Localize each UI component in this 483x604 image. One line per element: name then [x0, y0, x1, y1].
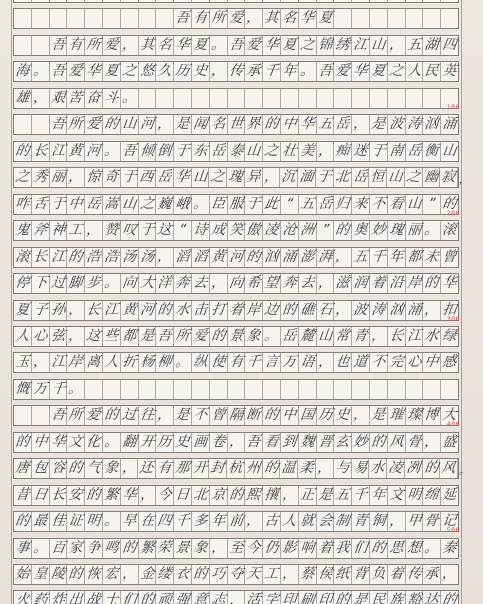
handwritten-char: 前 — [226, 512, 245, 531]
handwritten-char: 南 — [387, 142, 406, 161]
grid-cell — [423, 380, 441, 399]
handwritten-char: 都 — [404, 248, 423, 267]
grid-cell: 斧 — [32, 221, 50, 240]
grid-cell: 人 — [406, 62, 424, 81]
handwritten-char: 水 — [173, 300, 192, 319]
handwritten-char: 倒 — [156, 142, 175, 162]
grid-cell: 到 — [281, 433, 299, 452]
word-count-marker: 300 — [447, 315, 460, 323]
grid-cell: 涛 — [406, 115, 424, 134]
grid-cell: 盛 — [441, 433, 458, 452]
handwritten-char: 青 — [351, 512, 370, 531]
handwritten-char: 之 — [138, 194, 157, 214]
handwritten-char: 山 — [369, 36, 388, 55]
grid-cell: 言 — [263, 353, 281, 372]
grid-cell: 澎 — [299, 248, 317, 267]
grid-cell: 悠 — [139, 62, 157, 81]
handwritten-char: 千 — [244, 353, 263, 372]
grid-cell: 长 — [85, 301, 103, 320]
handwritten-char: 思 — [387, 538, 406, 557]
handwritten-char: 百 — [48, 538, 67, 557]
grid-cell: 奔 — [174, 274, 192, 293]
handwritten-char: 华 — [84, 62, 104, 82]
handwritten-char: 之 — [386, 62, 405, 81]
handwritten-char: 服 — [227, 194, 246, 214]
grid-cell: 万 — [281, 353, 299, 372]
handwritten-char: 所 — [84, 36, 104, 56]
essay-row: 停下过脚步。向大洋奔去，向希望奔去，滋润着沿岸的华 — [13, 273, 459, 294]
grid-cell: 都 — [406, 248, 424, 267]
grid-cell: 洋 — [156, 274, 174, 293]
grid-cell: 使 — [210, 353, 228, 372]
handwritten-char: 杭 — [226, 459, 244, 479]
grid-cell: 山 — [441, 142, 458, 161]
handwritten-char: 吾 — [227, 36, 246, 56]
handwritten-char: 包 — [30, 459, 49, 478]
grid-cell: 山 — [406, 195, 424, 214]
grid-cell: 折 — [121, 353, 139, 372]
handwritten-char: 中 — [279, 115, 299, 135]
grid-cell: 化 — [85, 433, 103, 452]
grid-cell: 。 — [67, 380, 85, 399]
handwritten-char: ， — [120, 565, 139, 584]
grid-cell: ， — [245, 9, 263, 28]
handwritten-char: 刷 — [297, 591, 316, 604]
handwritten-char: 山 — [244, 142, 263, 162]
grid-cell — [388, 89, 406, 108]
grid-cell — [388, 9, 406, 28]
handwritten-char: ， — [386, 36, 405, 55]
grid-cell: 始 — [14, 565, 32, 584]
grid-cell: 的 — [67, 248, 85, 267]
handwritten-char: 夺 — [226, 565, 246, 585]
grid-cell: 我 — [334, 539, 352, 558]
handwritten-char: 也 — [333, 353, 352, 372]
handwritten-char: 看 — [262, 433, 281, 452]
grid-cell: 至 — [228, 539, 246, 558]
grid-cell: 是 — [370, 406, 388, 425]
handwritten-char: 的 — [191, 565, 210, 585]
grid-cell: 艰 — [50, 89, 68, 108]
grid-cell: 民 — [370, 591, 388, 604]
grid-cell: 有 — [67, 36, 85, 55]
handwritten-char: 五 — [333, 485, 352, 504]
title-row: 吾有所爱，其名华夏 — [13, 8, 459, 29]
grid-cell: “ — [174, 221, 192, 240]
grid-cell: 安 — [67, 486, 85, 505]
handwritten-char: 涌 — [440, 115, 459, 134]
grid-cell: 河 — [85, 142, 103, 161]
grid-cell: 想 — [406, 539, 424, 558]
handwritten-char: 州 — [244, 459, 263, 478]
grid-cell: 赞 — [103, 221, 121, 240]
grid-cell: 之 — [263, 142, 281, 161]
handwritten-char: 于 — [368, 142, 388, 162]
handwritten-char: 语 — [297, 353, 317, 373]
handwritten-char: 民 — [369, 591, 388, 604]
grid-cell: 幽 — [423, 168, 441, 187]
grid-cell: 百 — [50, 539, 68, 558]
handwritten-char: 舌 — [30, 195, 49, 214]
grid-cell — [245, 380, 263, 399]
grid-cell: 夏 — [370, 62, 388, 81]
grid-cell — [228, 380, 246, 399]
grid-cell: 岳 — [156, 168, 174, 187]
grid-cell: 闻 — [192, 115, 210, 134]
handwritten-char: 汹 — [262, 247, 281, 266]
grid-cell: ， — [228, 591, 246, 604]
grid-cell — [352, 380, 370, 399]
grid-cell: 汹 — [423, 115, 441, 134]
handwritten-char: 年 — [209, 512, 228, 532]
grid-cell — [334, 380, 352, 399]
handwritten-char: 奇 — [102, 168, 120, 188]
handwritten-char: 事 — [13, 538, 33, 558]
essay-row: 的中华文化。翻开历史画卷，吾看到魏晋玄妙的风骨，盛 — [13, 432, 459, 453]
handwritten-char: 们 — [351, 539, 370, 558]
handwritten-char: ， — [333, 300, 352, 319]
handwritten-char: 山 — [386, 168, 405, 187]
grid-cell: ， — [67, 327, 85, 346]
handwritten-char: 强 — [173, 591, 193, 604]
handwritten-char: 大 — [137, 274, 156, 293]
grid-cell: 。 — [423, 221, 441, 240]
grid-cell: 。 — [103, 433, 121, 452]
grid-cell: 。 — [210, 36, 228, 55]
grid-cell — [299, 380, 317, 399]
grid-cell: 奋 — [85, 89, 103, 108]
grid-cell: 的 — [156, 301, 174, 320]
grid-cell: 活 — [245, 591, 263, 604]
handwritten-char: 家 — [67, 538, 86, 558]
grid-cell — [317, 89, 335, 108]
grid-cell: 的 — [210, 327, 228, 346]
grid-cell: 奇 — [103, 168, 121, 187]
grid-cell: 石 — [317, 301, 335, 320]
handwritten-char: 。 — [30, 62, 49, 81]
handwritten-char: ， — [138, 485, 157, 504]
grid-cell: 些 — [103, 327, 121, 346]
handwritten-char: 卷 — [209, 433, 228, 452]
handwritten-char: 青 — [351, 327, 371, 347]
handwritten-char: 还 — [137, 459, 155, 479]
grid-cell — [156, 89, 174, 108]
handwritten-char: 汤 — [120, 247, 139, 267]
essay-row: 的长江黄河。吾倾倒于东岳泰山之壮美，痴迷于南岳衡山 — [13, 141, 459, 162]
grid-cell — [334, 89, 352, 108]
handwritten-char: 凌 — [262, 221, 281, 241]
grid-cell: 五 — [299, 195, 317, 214]
handwritten-char: 山 — [191, 168, 209, 188]
grid-cell: “ — [281, 195, 299, 214]
grid-cell: 中 — [67, 195, 85, 214]
handwritten-char: 志 — [208, 591, 227, 604]
handwritten-char: 不 — [369, 353, 388, 372]
grid-cell: 岳 — [210, 142, 228, 161]
left-margin-line — [11, 0, 12, 604]
handwritten-char: 宏 — [102, 565, 121, 585]
grid-cell: 秦 — [441, 539, 458, 558]
handwritten-char: 吾 — [49, 62, 68, 82]
grid-cell: ， — [245, 512, 263, 531]
handwritten-char: ” — [316, 221, 335, 240]
handwritten-char: 影 — [279, 538, 299, 558]
handwritten-char: 骨 — [404, 432, 424, 452]
handwritten-char: 延 — [440, 485, 459, 505]
grid-cell: 华 — [299, 115, 317, 134]
grid-cell: ， — [423, 433, 441, 452]
grid-cell: 岸 — [406, 274, 424, 293]
grid-cell: 爱 — [103, 36, 121, 55]
handwritten-char: 所 — [67, 115, 86, 135]
handwritten-char: 字 — [262, 591, 282, 604]
essay-row: 夏子孙，长江黄河的水击打着岸边的礁石，波涛汹涌，扣 — [13, 300, 459, 321]
handwritten-char: 神 — [49, 221, 68, 240]
handwritten-char: 的 — [227, 485, 246, 504]
handwritten-char: 过 — [48, 274, 67, 293]
grid-cell: 岳 — [352, 168, 370, 187]
handwritten-char: 雄 — [13, 89, 32, 108]
handwritten-char: 繁 — [102, 486, 121, 505]
grid-cell: 归 — [334, 195, 352, 214]
handwritten-char: 。 — [102, 512, 121, 531]
handwritten-char: 滋 — [333, 274, 352, 294]
handwritten-char: 五 — [351, 247, 370, 266]
handwritten-char: 华 — [298, 9, 317, 29]
grid-cell: 苦 — [67, 89, 85, 108]
grid-cell: 千 — [174, 512, 192, 531]
grid-cell: 过 — [50, 274, 68, 293]
handwritten-char: 岳 — [280, 327, 299, 346]
grid-cell: 景 — [174, 539, 192, 558]
handwritten-char: 夏 — [102, 62, 121, 81]
grid-cell: 吾 — [50, 62, 68, 81]
handwritten-char: 英 — [440, 62, 460, 82]
handwritten-char: 迷 — [351, 142, 370, 161]
grid-cell: 不 — [370, 195, 388, 214]
handwritten-char: 族 — [386, 591, 405, 604]
grid-cell — [14, 9, 32, 28]
grid-cell: 的 — [441, 591, 458, 604]
grid-cell: 长 — [32, 248, 50, 267]
grid-cell: 打 — [210, 301, 228, 320]
grid-cell: 夏 — [103, 62, 121, 81]
handwritten-char: 东 — [191, 142, 211, 162]
grid-cell — [14, 115, 32, 134]
grid-cell: 们 — [352, 539, 370, 558]
handwritten-char: 爱 — [226, 9, 245, 28]
grid-cell: 岳 — [281, 327, 299, 346]
handwritten-char: 翻 — [120, 433, 139, 452]
grid-cell: 于 — [245, 195, 263, 214]
grid-cell: 黄 — [67, 142, 85, 161]
grid-cell: 完 — [388, 353, 406, 372]
handwritten-char: 工 — [262, 565, 281, 584]
grid-cell: 影 — [281, 539, 299, 558]
grid-cell — [174, 0, 192, 2]
grid-cell — [406, 9, 424, 28]
handwritten-char: 脚 — [67, 274, 86, 294]
handwritten-char: 纸 — [333, 565, 352, 584]
handwritten-char: 久 — [155, 62, 174, 81]
handwritten-char: 爱 — [244, 36, 263, 55]
grid-cell: 击 — [192, 301, 210, 320]
grid-cell: 明 — [85, 512, 103, 531]
handwritten-char: 人 — [102, 353, 121, 372]
handwritten-char: 玄 — [333, 433, 352, 452]
grid-cell: 恒 — [369, 168, 387, 187]
grid-cell — [174, 89, 192, 108]
grid-cell: 沧 — [281, 221, 299, 240]
handwritten-char: 有 — [191, 9, 210, 28]
grid-cell: 繁 — [103, 486, 121, 505]
handwritten-char: 争 — [84, 539, 103, 558]
grid-cell: 工 — [263, 565, 281, 584]
handwritten-char: 出 — [66, 591, 85, 604]
handwritten-char: 傲 — [244, 221, 263, 240]
handwritten-char: 炸 — [49, 591, 68, 604]
handwritten-char: 印 — [316, 591, 335, 604]
handwritten-char: 夏 — [369, 62, 388, 81]
grid-cell: 吾 — [156, 327, 174, 346]
grid-cell: 气 — [85, 459, 103, 478]
grid-cell: 北 — [192, 486, 210, 505]
grid-cell: 华 — [50, 433, 68, 452]
handwritten-char: ， — [30, 89, 50, 109]
grid-cell: 奔 — [281, 274, 299, 293]
word-count-marker: 400 — [447, 420, 460, 428]
grid-cell: 向 — [121, 274, 139, 293]
handwritten-char: 沧 — [280, 221, 299, 240]
grid-cell: 佳 — [50, 512, 68, 531]
grid-cell: 瑰 — [388, 221, 406, 240]
handwritten-char: 的 — [244, 247, 264, 267]
handwritten-char: ” — [422, 195, 441, 214]
handwritten-char: 山 — [316, 327, 335, 347]
grid-cell — [370, 89, 388, 108]
grid-cell: 滔 — [192, 248, 210, 267]
handwritten-char: 奥 — [351, 221, 370, 241]
grid-cell: 汹 — [263, 248, 281, 267]
grid-cell: 。 — [121, 89, 139, 108]
grid-cell — [423, 89, 441, 108]
grid-cell: ” — [317, 221, 335, 240]
handwritten-char: 晋 — [315, 432, 335, 452]
grid-cell: 弦 — [50, 327, 68, 346]
grid-cell: 奥 — [352, 221, 370, 240]
grid-cell — [85, 9, 103, 28]
grid-cell: 思 — [388, 539, 406, 558]
grid-cell: 断 — [245, 406, 263, 425]
grid-cell: 的 — [85, 486, 103, 505]
grid-cell: 爱 — [228, 9, 246, 28]
handwritten-char: 万 — [280, 353, 299, 372]
grid-cell: 千 — [352, 486, 370, 505]
handwritten-char: 斗 — [102, 89, 121, 108]
grid-cell: 意 — [192, 591, 210, 604]
grid-cell: 蔡 — [299, 565, 317, 584]
grid-cell: 倒 — [156, 142, 174, 161]
handwritten-char: 衡 — [422, 142, 441, 162]
grid-cell: 黄 — [210, 248, 228, 267]
grid-cell: 顽 — [156, 591, 174, 604]
handwritten-char: ， — [280, 486, 299, 505]
grid-cell — [139, 0, 157, 2]
grid-cell — [50, 9, 68, 28]
handwritten-char: 惊 — [84, 168, 103, 187]
grid-cell: 华 — [299, 9, 317, 28]
grid-cell: 人 — [14, 327, 32, 346]
handwritten-char: 断 — [244, 406, 263, 425]
grid-cell: 杭 — [227, 459, 245, 478]
grid-cell: 湎 — [298, 168, 316, 187]
handwritten-char: 吾 — [48, 406, 68, 426]
handwritten-char: 铜 — [369, 512, 388, 531]
grid-cell: ， — [316, 459, 334, 478]
grid-cell — [370, 380, 388, 399]
handwritten-char: 爱 — [84, 406, 103, 425]
handwritten-char: 最 — [31, 512, 50, 532]
handwritten-char: 麓 — [297, 327, 316, 346]
handwritten-char: 夏 — [280, 36, 299, 55]
handwritten-char: 幽 — [422, 168, 441, 187]
handwritten-char: 子 — [31, 301, 50, 320]
grid-cell: 的 — [192, 565, 210, 584]
handwritten-char: 工 — [66, 221, 85, 240]
grid-cell: 北 — [334, 168, 352, 187]
handwritten-char: 早 — [120, 512, 139, 532]
grid-cell: 。 — [174, 353, 192, 372]
grid-cell: 中 — [281, 406, 299, 425]
handwritten-char: ， — [351, 115, 370, 134]
grid-cell: 华 — [174, 168, 192, 187]
grid-cell: 达 — [423, 591, 441, 604]
handwritten-char: 。 — [119, 89, 139, 109]
handwritten-char: 陵 — [48, 565, 68, 585]
handwritten-char: 涛 — [369, 300, 388, 320]
handwritten-char: 。 — [173, 353, 192, 373]
grid-cell: 人 — [281, 512, 299, 531]
grid-cell: 水 — [369, 459, 387, 478]
grid-cell: 秀 — [32, 168, 50, 187]
handwritten-char: 北 — [333, 168, 352, 187]
grid-cell: ， — [441, 565, 458, 584]
grid-cell — [370, 9, 388, 28]
handwritten-char: 世 — [226, 115, 245, 134]
handwritten-char: 苦 — [66, 89, 85, 108]
handwritten-char: ， — [280, 565, 299, 585]
handwritten-char: 长 — [31, 247, 50, 267]
handwritten-char: 负 — [369, 565, 388, 585]
grid-cell: 晋 — [317, 433, 335, 452]
grid-cell: 这 — [85, 327, 103, 346]
handwritten-char: 此 — [262, 194, 282, 214]
handwritten-char: 柔 — [297, 459, 316, 478]
handwritten-char: 我 — [333, 538, 352, 558]
handwritten-char: 华 — [351, 62, 371, 82]
handwritten-char: 叹 — [119, 221, 139, 241]
grid-cell: 的 — [14, 142, 32, 161]
grid-cell: ， — [156, 406, 174, 425]
handwritten-char: 爱 — [102, 36, 121, 55]
handwritten-char: 四 — [155, 512, 175, 532]
handwritten-char: 江 — [351, 36, 371, 56]
handwritten-char: 望 — [262, 274, 281, 293]
grid-cell — [281, 380, 299, 399]
grid-cell: 的 — [228, 486, 246, 505]
grid-cell: 峨 — [174, 195, 192, 214]
grid-cell: 汹 — [388, 301, 406, 320]
